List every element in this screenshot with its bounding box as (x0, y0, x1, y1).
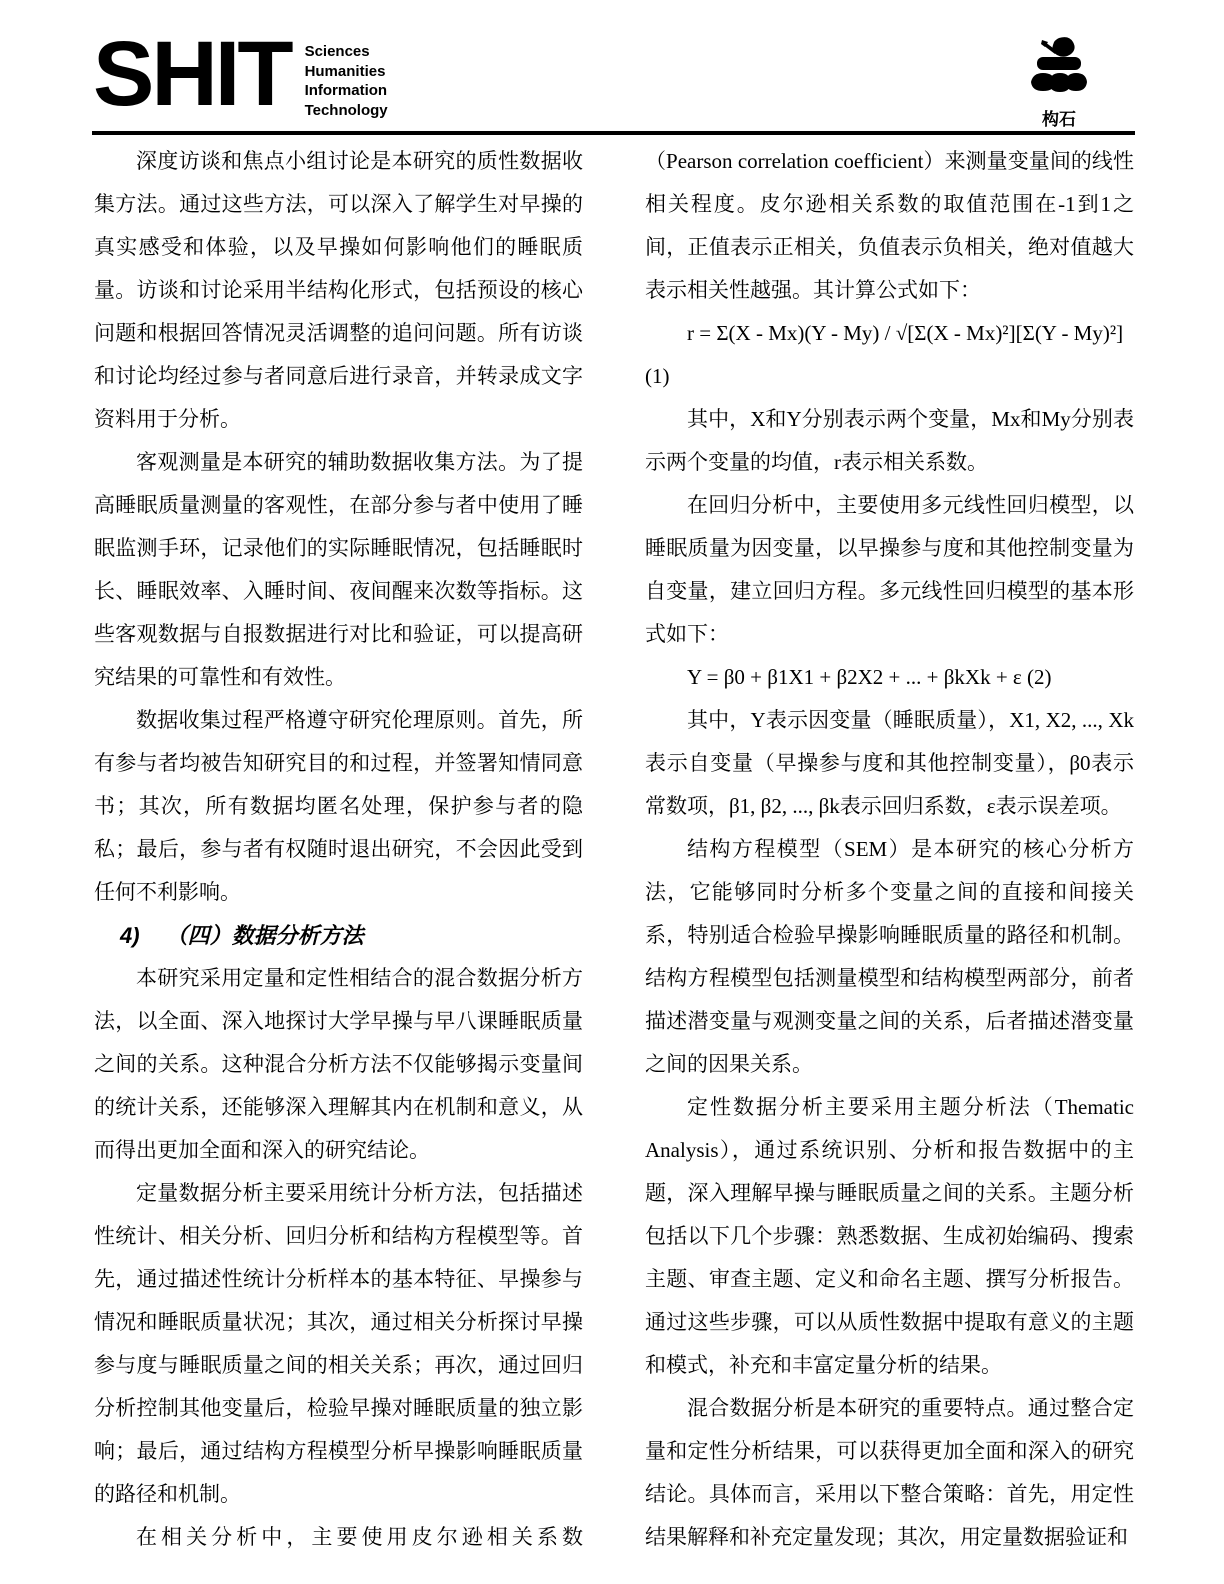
formula-pearson: r = Σ(X - Mx)(Y - My) / √[Σ(X - Mx)²][Σ(… (645, 312, 1134, 355)
formula-regression: Y = β0 + β1X1 + β2X2 + ... + βkXk + ε (2… (645, 656, 1134, 699)
left-column: 深度访谈和焦点小组讨论是本研究的质性数据收集方法。通过这些方法，可以深入了解学生… (94, 140, 583, 1559)
paragraph: 定性数据分析主要采用主题分析法（Thematic Analysis），通过系统识… (645, 1086, 1134, 1387)
paragraph: 本研究采用定量和定性相结合的混合数据分析方法，以全面、深入地探讨大学早操与早八课… (94, 957, 583, 1172)
paragraph: 混合数据分析是本研究的重要特点。通过整合定量和定性分析结果，可以获得更加全面和深… (645, 1387, 1134, 1559)
paragraph: 数据收集过程严格遵守研究伦理原则。首先，所有参与者均被告知研究目的和过程，并签署… (94, 699, 583, 914)
document-page: SHIT Sciences Humanities Information Tec… (0, 0, 1224, 1584)
paragraph: 其中，Y表示因变量（睡眠质量），X1, X2, ..., Xk表示自变量（早操参… (645, 699, 1134, 828)
publisher-stamp: 构石 (1014, 30, 1104, 130)
paragraph: 在相关分析中，主要使用皮尔逊相关系数 (94, 1516, 583, 1559)
section-title: （四）数据分析方法 (166, 923, 364, 948)
logo-tagline: Sciences Humanities Information Technolo… (305, 42, 388, 120)
tagline-line: Information (305, 81, 388, 101)
paragraph: 其中，X和Y分别表示两个变量，Mx和My分别表示两个变量的均值，r表示相关系数。 (645, 398, 1134, 484)
article-body: 深度访谈和焦点小组讨论是本研究的质性数据收集方法。通过这些方法，可以深入了解学生… (94, 140, 1135, 1559)
equation-number: (1) (645, 355, 1134, 398)
tagline-line: Technology (305, 101, 388, 121)
paragraph: 定量数据分析主要采用统计分析方法，包括描述性统计、相关分析、回归分析和结构方程模… (94, 1172, 583, 1516)
logo-wordmark: SHIT (93, 34, 291, 114)
section-number: 4) (120, 923, 140, 948)
rock-pile-icon (1014, 30, 1104, 104)
stamp-label: 构石 (1014, 105, 1104, 130)
section-heading: 4)（四）数据分析方法 (94, 914, 583, 957)
right-column: （Pearson correlation coefficient）来测量变量间的… (645, 140, 1134, 1559)
paragraph: （Pearson correlation coefficient）来测量变量间的… (645, 140, 1134, 312)
paragraph: 深度访谈和焦点小组讨论是本研究的质性数据收集方法。通过这些方法，可以深入了解学生… (94, 140, 583, 441)
paragraph: 在回归分析中，主要使用多元线性回归模型，以睡眠质量为因变量，以早操参与度和其他控… (645, 484, 1134, 656)
paragraph: 结构方程模型（SEM）是本研究的核心分析方法，它能够同时分析多个变量之间的直接和… (645, 828, 1134, 1086)
journal-logo: SHIT Sciences Humanities Information Tec… (93, 34, 388, 120)
paragraph: 客观测量是本研究的辅助数据收集方法。为了提高睡眠质量测量的客观性，在部分参与者中… (94, 441, 583, 699)
tagline-line: Humanities (305, 62, 388, 82)
tagline-line: Sciences (305, 42, 388, 62)
header-divider (92, 131, 1135, 135)
